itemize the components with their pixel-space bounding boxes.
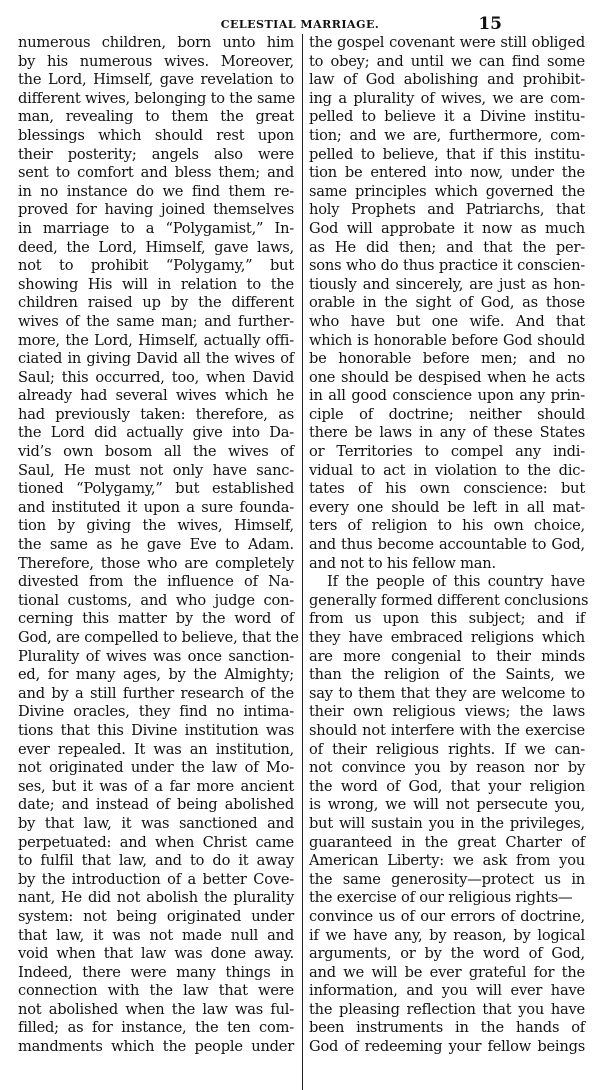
text-line: ses, but it was of a far more ancient bbox=[18, 778, 294, 797]
text-line: which is honorable before God should bbox=[309, 332, 585, 351]
text-line: cerning this matter by the word of bbox=[18, 610, 294, 629]
text-line: had previously taken: therefore, as bbox=[18, 406, 294, 425]
text-line: who have but one wife. And that bbox=[309, 313, 585, 332]
text-line: are more congenial to their minds bbox=[309, 648, 585, 667]
text-line: Plurality of wives was once sanction- bbox=[18, 648, 294, 667]
text-line: by the introduction of a better Cove- bbox=[18, 871, 294, 890]
text-line: mandments which the people under bbox=[18, 1038, 294, 1057]
text-line: law of God abolishing and prohibit- bbox=[309, 71, 585, 90]
text-line: their own religious views; the laws bbox=[309, 703, 585, 722]
text-line: numerous children, born unto him bbox=[18, 34, 294, 53]
text-line: their posterity; angels also were bbox=[18, 146, 294, 165]
text-line: the pleasing reflection that you have bbox=[309, 1001, 585, 1020]
text-line: God of redeeming your fellow beings bbox=[309, 1038, 585, 1057]
text-line: the Lord, Himself, gave revelation to bbox=[18, 71, 294, 90]
text-line: date; and instead of being abolished bbox=[18, 796, 294, 815]
text-line: that law, it was not made null and bbox=[18, 927, 294, 946]
text-line: void when that law was done away. bbox=[18, 945, 294, 964]
text-line: system: not being originated under bbox=[18, 908, 294, 927]
text-line: blessings which should rest upon bbox=[18, 127, 294, 146]
text-line: sons who do thus practice it conscien- bbox=[309, 257, 585, 276]
text-line: in no instance do we find them re- bbox=[18, 183, 294, 202]
text-line: if we have any, by reason, by logical bbox=[309, 927, 585, 946]
text-line: God will approbate it now as much bbox=[309, 220, 585, 239]
text-line: they have embraced religions which bbox=[309, 629, 585, 648]
text-line: perpetuated: and when Christ came bbox=[18, 834, 294, 853]
text-line: Saul; this occurred, too, when David bbox=[18, 369, 294, 388]
text-line: tates of his own conscience: but bbox=[309, 480, 585, 499]
page-number: 15 bbox=[478, 14, 502, 34]
text-line: from us upon this subject; and if bbox=[309, 610, 585, 629]
text-line: and we will be ever grateful for the bbox=[309, 964, 585, 983]
text-line: or Territories to compel any indi- bbox=[309, 443, 585, 462]
right-column: the gospel covenant were still obligedto… bbox=[309, 34, 585, 1057]
text-line: tion be entered into now, under the bbox=[309, 164, 585, 183]
text-line: pelled to believe it a Divine institu- bbox=[309, 108, 585, 127]
text-line: Divine oracles, they find no intima- bbox=[18, 703, 294, 722]
text-line: one should be despised when he acts bbox=[309, 369, 585, 388]
text-line: to obey; and until we can find some bbox=[309, 53, 585, 72]
text-line: of their religious rights. If we can- bbox=[309, 741, 585, 760]
text-line: ing a plurality of wives, we are com- bbox=[309, 90, 585, 109]
text-line: vid’s own bosom all the wives of bbox=[18, 443, 294, 462]
text-line: arguments, or by the word of God, bbox=[309, 945, 585, 964]
text-line: generally formed different conclusions bbox=[309, 592, 585, 611]
text-line: wives of the same man; and further- bbox=[18, 313, 294, 332]
text-line: and by a still further research of the bbox=[18, 685, 294, 704]
text-line: been instruments in the hands of bbox=[309, 1019, 585, 1038]
text-line: is wrong, we will not persecute you, bbox=[309, 796, 585, 815]
text-line: ever repealed. It was an institution, bbox=[18, 741, 294, 760]
text-line: the same as he gave Eve to Adam. bbox=[18, 536, 294, 555]
text-line: tion by giving the wives, Himself, bbox=[18, 517, 294, 536]
text-line: ciple of doctrine; neither should bbox=[309, 406, 585, 425]
text-line: American Liberty: we ask from you bbox=[309, 852, 585, 871]
text-line: vidual to act in violation to the dic- bbox=[309, 462, 585, 481]
text-line: there be laws in any of these States bbox=[309, 424, 585, 443]
text-line: every one should be left in all mat- bbox=[309, 499, 585, 518]
text-line: Therefore, those who are completely bbox=[18, 555, 294, 574]
text-line: not convince you by reason nor by bbox=[309, 759, 585, 778]
text-line: not to prohibit “Polygamy,” but bbox=[18, 257, 294, 276]
text-line: and not to his fellow man. bbox=[309, 555, 585, 574]
text-line: more, the Lord, Himself, actually offi- bbox=[18, 332, 294, 351]
text-line: children raised up by the different bbox=[18, 294, 294, 313]
text-line: not abolished when the law was ful- bbox=[18, 1001, 294, 1020]
text-line: and thus become accountable to God, bbox=[309, 536, 585, 555]
text-line: showing His will in relation to the bbox=[18, 276, 294, 295]
text-line: by that law, it was sanctioned and bbox=[18, 815, 294, 834]
text-line: Indeed, there were many things in bbox=[18, 964, 294, 983]
text-line: God, are compelled to believe, that the bbox=[18, 629, 294, 648]
text-line: orable in the sight of God, as those bbox=[309, 294, 585, 313]
text-line: sent to comfort and bless them; and bbox=[18, 164, 294, 183]
left-column: numerous children, born unto himby his n… bbox=[18, 34, 294, 1057]
running-title: CELESTIAL MARRIAGE. bbox=[0, 18, 600, 31]
text-line: tioned “Polygamy,” but established bbox=[18, 480, 294, 499]
text-line: divested from the influence of Na- bbox=[18, 573, 294, 592]
text-line: the Lord did actually give into Da- bbox=[18, 424, 294, 443]
text-line: tiously and sincerely, are just as hon- bbox=[309, 276, 585, 295]
text-line: pelled to believe, that if this institu- bbox=[309, 146, 585, 165]
text-line: should not interfere with the exercise bbox=[309, 722, 585, 741]
column-divider bbox=[302, 34, 303, 1090]
text-line: in marriage to a “Polygamist,” In- bbox=[18, 220, 294, 239]
text-line: same principles which governed the bbox=[309, 183, 585, 202]
text-line: to fulfil that law, and to do it away bbox=[18, 852, 294, 871]
text-line: tion; and we are, furthermore, com- bbox=[309, 127, 585, 146]
text-line: proved for having joined themselves bbox=[18, 201, 294, 220]
text-line: than the religion of the Saints, we bbox=[309, 666, 585, 685]
text-line: the same generosity—protect us in bbox=[309, 871, 585, 890]
text-line: already had several wives which he bbox=[18, 387, 294, 406]
text-line: connection with the law that were bbox=[18, 982, 294, 1001]
text-line: but will sustain you in the privileges, bbox=[309, 815, 585, 834]
text-line: tions that this Divine institution was bbox=[18, 722, 294, 741]
text-line: by his numerous wives. Moreover, bbox=[18, 53, 294, 72]
text-line: not originated under the law of Mo- bbox=[18, 759, 294, 778]
text-line: filled; as for instance, the ten com- bbox=[18, 1019, 294, 1038]
text-line: nant, He did not abolish the plurality bbox=[18, 889, 294, 908]
text-line: as He did then; and that the per- bbox=[309, 239, 585, 258]
text-line: guaranteed in the great Charter of bbox=[309, 834, 585, 853]
text-line: in all good conscience upon any prin- bbox=[309, 387, 585, 406]
text-line: convince us of our errors of doctrine, bbox=[309, 908, 585, 927]
text-line: ciated in giving David all the wives of bbox=[18, 350, 294, 369]
text-line: Saul, He must not only have sanc- bbox=[18, 462, 294, 481]
text-line: be honorable before men; and no bbox=[309, 350, 585, 369]
text-line: the gospel covenant were still obliged bbox=[309, 34, 585, 53]
text-line: the word of God, that your religion bbox=[309, 778, 585, 797]
text-line: say to them that they are welcome to bbox=[309, 685, 585, 704]
text-line: the exercise of our religious rights— bbox=[309, 889, 585, 908]
text-line: holy Prophets and Patriarchs, that bbox=[309, 201, 585, 220]
text-line: deed, the Lord, Himself, gave laws, bbox=[18, 239, 294, 258]
text-line: different wives, belonging to the same bbox=[18, 90, 294, 109]
text-line: tional customs, and who judge con- bbox=[18, 592, 294, 611]
text-line: ters of religion to his own choice, bbox=[309, 517, 585, 536]
text-line: and instituted it upon a sure founda- bbox=[18, 499, 294, 518]
text-line: man, revealing to them the great bbox=[18, 108, 294, 127]
text-line: information, and you will ever have bbox=[309, 982, 585, 1001]
text-line: ed, for many ages, by the Almighty; bbox=[18, 666, 294, 685]
text-line: If the people of this country have bbox=[309, 573, 585, 592]
